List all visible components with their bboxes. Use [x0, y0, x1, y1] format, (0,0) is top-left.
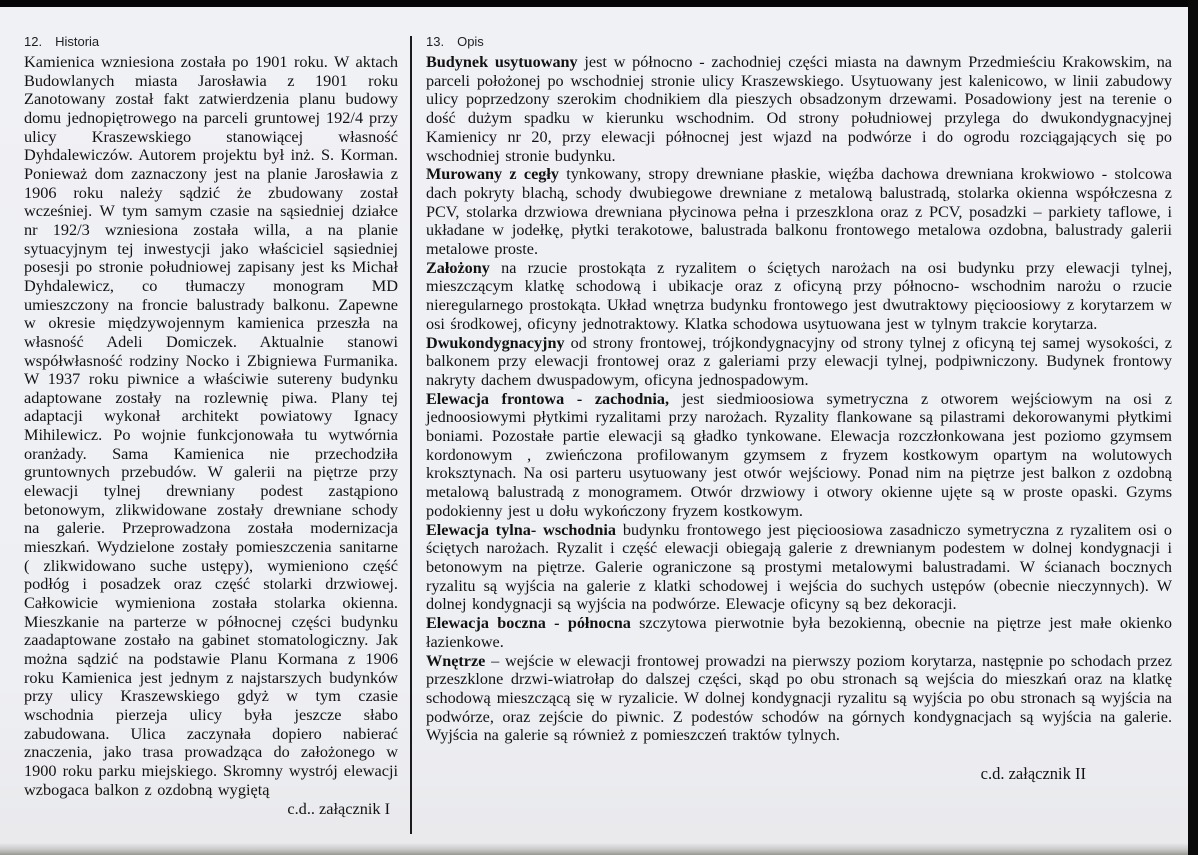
paragraph-lead: Murowany z cegły: [426, 165, 559, 183]
paragraph-zalozony: Założony na rzucie prostokąta z ryzalite…: [426, 259, 1172, 334]
paragraph-elewacja-boczna: Elewacja boczna - północna szczytowa pie…: [426, 614, 1172, 651]
historia-section: 12.Historia Kamienica wzniesiona została…: [24, 34, 398, 819]
paragraph-elewacja-tylna: Elewacja tylna- wschodnia budynku fronto…: [426, 521, 1172, 615]
opis-continuation-note: c.d. załącznik II: [426, 764, 1172, 784]
scan-edge-right: [1188, 0, 1198, 855]
paragraph-lead: Elewacja frontowa - zachodnia,: [426, 390, 669, 408]
historia-continuation-note: c.d.. załącznik I: [24, 799, 398, 819]
opis-section: 13.Opis Budynek usytuowany jest w północ…: [426, 34, 1172, 784]
scan-edge-top: [0, 0, 1198, 7]
opis-heading: 13.Opis: [426, 34, 1172, 49]
paragraph-lead: Dwukondygnacyjny: [426, 334, 565, 352]
paragraph-dwukondygnacyjny: Dwukondygnacyjny od strony frontowej, tr…: [426, 334, 1172, 390]
paragraph-budynek-usytuowany: Budynek usytuowany jest w północno - zac…: [426, 53, 1172, 165]
scan-shadow-bottom: [0, 843, 1188, 855]
paragraph-elewacja-frontowa: Elewacja frontowa - zachodnia, jest sied…: [426, 390, 1172, 521]
paragraph-lead: Założony: [426, 259, 490, 277]
paragraph-wnetrze: Wnętrze – wejście w elewacji frontowej p…: [426, 652, 1172, 746]
opis-body-text: Budynek usytuowany jest w północno - zac…: [426, 53, 1172, 745]
paragraph-text: na rzucie prostokąta z ryzalitem o ścięt…: [426, 259, 1172, 333]
paragraph-text: jest siedmioosiowa symetryczna z otworem…: [426, 390, 1172, 520]
paragraph-lead: Elewacja boczna - północna: [426, 614, 631, 632]
historia-heading-number: 12.: [24, 34, 42, 49]
paragraph-murowany-z-cegly: Murowany z cegły tynkowany, stropy drewn…: [426, 165, 1172, 259]
column-divider: [410, 36, 412, 834]
historia-heading-label: Historia: [55, 34, 99, 49]
paragraph-lead: Budynek usytuowany: [426, 53, 578, 71]
paragraph-lead: Wnętrze: [426, 652, 485, 670]
opis-heading-number: 13.: [426, 34, 444, 49]
scanned-document-page: 12.Historia Kamienica wzniesiona została…: [0, 0, 1198, 855]
historia-body-text: Kamienica wzniesiona została po 1901 rok…: [24, 53, 398, 799]
opis-heading-label: Opis: [457, 34, 484, 49]
historia-heading: 12.Historia: [24, 34, 398, 49]
paragraph-lead: Elewacja tylna- wschodnia: [426, 521, 616, 539]
paragraph-text: – wejście w elewacji frontowej prowadzi …: [426, 652, 1172, 745]
